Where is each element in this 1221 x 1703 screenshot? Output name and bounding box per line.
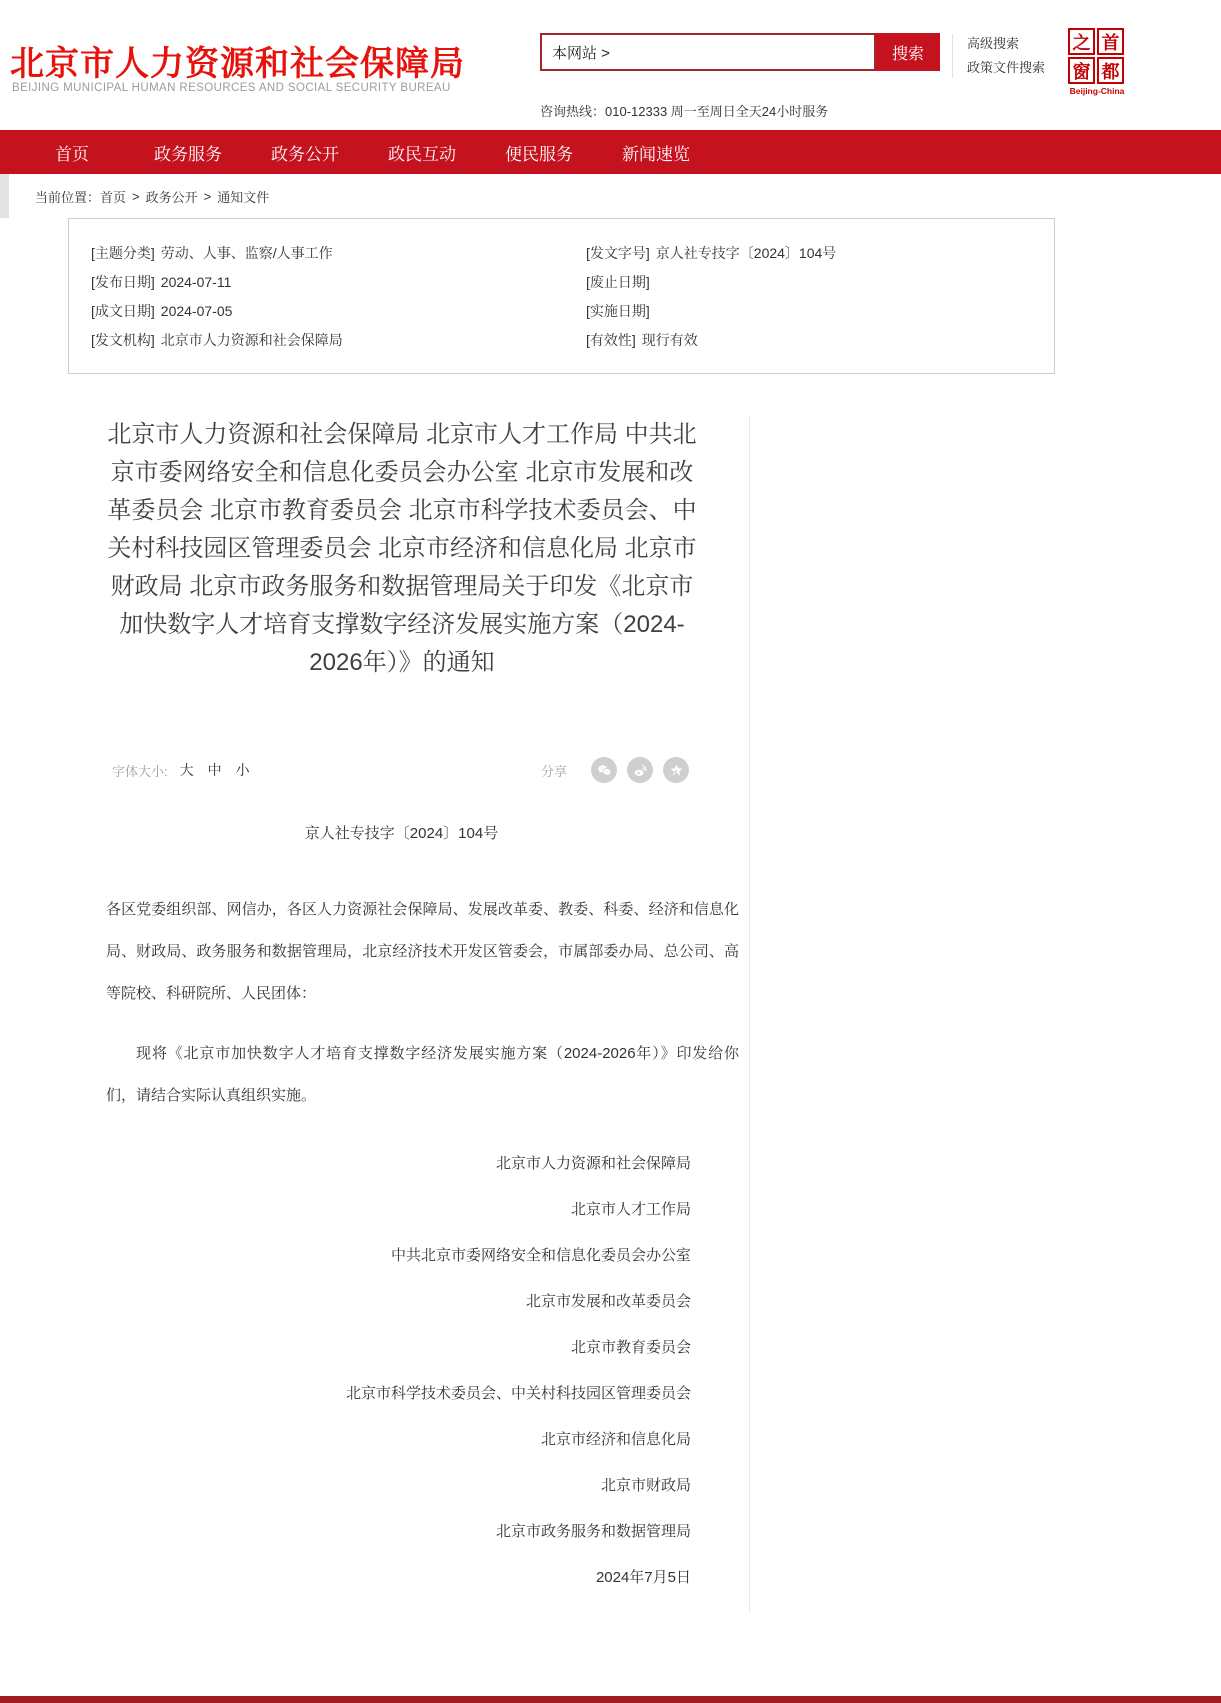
meta-left-column: [主题分类]劳动、人事、监察/人事工作 [发布日期]2024-07-11 [成文… [91,243,586,359]
seal-char: 窗 [1068,57,1095,84]
signature-line: 北京市经济和信息化局 [0,1417,691,1463]
search-scope-selector[interactable]: 本网站 > [552,42,610,63]
nav-item-interaction[interactable]: 政民互动 [388,140,456,165]
meta-value: 北京市人力资源和社会保障局 [161,332,343,348]
meta-value: 劳动、人事、监察/人事工作 [161,245,333,261]
search-button[interactable]: 搜索 [876,33,940,71]
signature-line: 北京市发展和改革委员会 [0,1279,691,1325]
breadcrumb-disclosure-link[interactable]: 政务公开 [146,187,198,206]
font-size-small-button[interactable]: 小 [236,760,250,780]
meta-label: [实施日期] [586,303,650,319]
meta-right-column: [发文字号]京人社专技字〔2024〕104号 [废止日期] [实施日期] [有效… [586,243,836,359]
font-size-controls: 字体大小: 大 中 小 [112,760,264,780]
advanced-search-link[interactable]: 高级搜索 [967,34,1045,54]
hotline-text: 咨询热线：010-12333 周一至周日全天24小时服务 [540,101,828,120]
meta-label: [发布日期] [91,274,155,290]
article-column: 北京市人力资源和社会保障局 北京市人才工作局 中共北京市委网络安全和信息化委员会… [0,416,750,1613]
font-size-label: 字体大小: [112,761,168,780]
paragraph-addressees: 各区党委组织部、网信办，各区人力资源社会保障局、发展改革委、教委、科委、经济和信… [106,889,739,1015]
meta-row-publish-date: [发布日期]2024-07-11 [91,272,586,292]
capital-window-seal-icon: 之 首 窗 都 [1068,28,1126,84]
content-area: 北京市人力资源和社会保障局 北京市人才工作局 中共北京市委网络安全和信息化委员会… [0,416,1221,1613]
meta-value: 2024-07-05 [161,303,233,319]
font-size-medium-button[interactable]: 中 [208,760,222,780]
site-logo-subtitle: BEIJING MUNICIPAL HUMAN RESOURCES AND SO… [12,82,451,94]
policy-search-link[interactable]: 政策文件搜索 [967,58,1045,78]
document-number: 京人社专技字〔2024〕104号 [102,822,701,843]
wechat-icon [596,762,613,779]
main-nav: 首页 政务服务 政务公开 政民互动 便民服务 新闻速览 [0,130,1221,174]
meta-row-topic: [主题分类]劳动、人事、监察/人事工作 [91,243,586,263]
meta-label: [发文字号] [586,245,650,261]
meta-label: [成文日期] [91,303,155,319]
capital-window-logo[interactable]: 之 首 窗 都 Beijing-China [1068,28,1126,96]
search-input[interactable]: 本网站 > [540,33,876,71]
nav-item-home[interactable]: 首页 [55,140,89,165]
signature-line: 北京市政务服务和数据管理局 [0,1509,691,1555]
article-controls: 字体大小: 大 中 小 分享 [112,756,689,784]
seal-char: 首 [1097,28,1124,55]
seal-char: 都 [1097,57,1124,84]
seal-char: 之 [1068,28,1095,55]
nav-item-disclosure[interactable]: 政务公开 [271,140,339,165]
signature-line: 北京市人力资源和社会保障局 [0,1141,691,1187]
signature-block: 北京市人力资源和社会保障局 北京市人才工作局 中共北京市委网络安全和信息化委员会… [0,1141,749,1601]
signature-line: 北京市人才工作局 [0,1187,691,1233]
meta-label: [废止日期] [586,274,650,290]
paragraph-main: 现将《北京市加快数字人才培育支撑数字经济发展实施方案（2024-2026年）》印… [106,1033,739,1117]
weibo-share-button[interactable] [627,757,653,783]
meta-row-doc-number: [发文字号]京人社专技字〔2024〕104号 [586,243,836,263]
weibo-icon [632,762,649,779]
capital-window-caption: Beijing-China [1068,86,1126,96]
page: 北京市人力资源和社会保障局 BEIJING MUNICIPAL HUMAN RE… [0,0,1221,1703]
font-size-large-button[interactable]: 大 [180,760,194,780]
meta-value: 京人社专技字〔2024〕104号 [656,245,837,261]
share-label: 分享 [541,761,567,780]
signature-line: 中共北京市委网络安全和信息化委员会办公室 [0,1233,691,1279]
signature-date: 2024年7月5日 [0,1555,691,1601]
signature-line: 北京市财政局 [0,1463,691,1509]
site-logo-title[interactable]: 北京市人力资源和社会保障局 [10,36,465,85]
document-title: 北京市人力资源和社会保障局 北京市人才工作局 中共北京市委网络安全和信息化委员会… [102,416,702,682]
signature-line: 北京市教育委员会 [0,1325,691,1371]
breadcrumb-separator: > [204,189,212,204]
breadcrumb-label: 当前位置： [35,187,100,206]
breadcrumb: 当前位置： 首页 > 政务公开 > 通知文件 [0,174,1221,218]
meta-label: [有效性] [586,332,636,348]
meta-row-repeal-date: [废止日期] [586,272,836,292]
wechat-share-button[interactable] [591,757,617,783]
nav-item-news[interactable]: 新闻速览 [622,140,690,165]
nav-item-convenience[interactable]: 便民服务 [505,140,573,165]
meta-row-validity: [有效性]现行有效 [586,330,836,350]
meta-label: [发文机构] [91,332,155,348]
meta-row-written-date: [成文日期]2024-07-05 [91,301,586,321]
breadcrumb-home-link[interactable]: 首页 [100,187,126,206]
search-links: 高级搜索 政策文件搜索 [952,34,1045,78]
meta-value: 现行有效 [642,332,698,348]
document-body: 各区党委组织部、网信办，各区人力资源社会保障局、发展改革委、教委、科委、经济和信… [106,889,739,1117]
breadcrumb-notices-link[interactable]: 通知文件 [217,187,269,206]
site-header: 北京市人力资源和社会保障局 BEIJING MUNICIPAL HUMAN RE… [0,0,1221,130]
nav-item-services[interactable]: 政务服务 [154,140,222,165]
meta-row-effective-date: [实施日期] [586,301,836,321]
meta-value: 2024-07-11 [161,274,232,290]
document-meta-box: [主题分类]劳动、人事、监察/人事工作 [发布日期]2024-07-11 [成文… [68,218,1055,374]
search-area: 本网站 > 搜索 [540,33,940,71]
footer-bar [0,1696,1221,1703]
signature-line: 北京市科学技术委员会、中关村科技园区管理委员会 [0,1371,691,1417]
qzone-share-button[interactable] [663,757,689,783]
qzone-star-icon [668,762,685,779]
breadcrumb-separator: > [132,189,140,204]
meta-label: [主题分类] [91,245,155,261]
share-controls: 分享 [541,757,689,783]
meta-row-issuing-agency: [发文机构]北京市人力资源和社会保障局 [91,330,586,350]
left-edge-strip [0,174,9,218]
